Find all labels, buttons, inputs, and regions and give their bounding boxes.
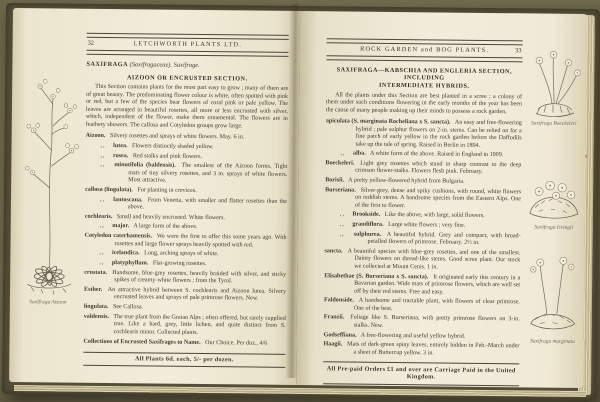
plant-description: Foliage like S. Burseriana, with pretty … <box>350 315 520 329</box>
plant-name: Brookside. <box>352 212 383 218</box>
ditto-mark: ,, <box>340 222 351 228</box>
plant-drawing-cushion <box>527 161 582 224</box>
plant-name: Faldonside. <box>324 297 357 303</box>
plant-description: A beautiful hybrid. Grey and compact, wi… <box>368 232 521 246</box>
plant-drawing-rosette-stems <box>525 251 582 338</box>
plant-name: alba. <box>353 151 369 157</box>
plant-description: Mats of dark-green spiny leaves, entirel… <box>347 342 519 356</box>
plant-entry: ,, lantoscana. From Venetia, with smalle… <box>85 196 287 213</box>
plant-name: sancta. <box>324 248 345 254</box>
plant-entry: ,, major. A large form of the above. <box>85 223 287 233</box>
illustration-caption: Saxifraga Aizoon <box>13 299 83 306</box>
plant-name: platyphyllum. <box>112 260 151 266</box>
page-number-right: 33 <box>515 47 521 55</box>
illustration-caption: Saxifraga Boeckeleri <box>526 120 582 127</box>
plant-entry: Burseriana. Silver-grey, dense and spiky… <box>325 187 521 212</box>
section-heading: AIZOON OR ENCRUSTED SECTION. <box>86 73 288 83</box>
plant-entry: crustata. Handsome, blue-grey rosettes, … <box>84 269 286 286</box>
plant-name: lantoscana. <box>113 197 145 203</box>
plant-name: Cotyledon caterhamensis. <box>85 233 156 240</box>
page-spread: Saxifraga Aizoon 32 LETCHWORTH PLANTS LT… <box>9 8 587 388</box>
plant-name: minutifolia (baldensis). <box>114 162 178 169</box>
plant-description: An attractive hybrid between S. cochlear… <box>108 287 286 302</box>
illustration-saxifraga-boeckeleri: Saxifraga Boeckeleri <box>526 41 583 127</box>
plant-name: icelandica. <box>112 250 143 256</box>
plant-entry: ,, Brookside. Like the above, with large… <box>325 212 521 222</box>
plant-description: Large white flowers ; very fine. <box>388 222 465 229</box>
genus-name: SAXIFRAGA <box>86 61 128 68</box>
plant-entry: Elisabethae (S. Burseriana x S. sancta).… <box>324 273 520 298</box>
plant-description: A large form of the above. <box>133 224 197 231</box>
plant-description: Silver-grey, dense and spiky cushions, w… <box>355 187 521 208</box>
illustration-saxifraga-irvingii: Saxifraga Irvingii <box>527 161 582 231</box>
ditto-mark: ,, <box>100 196 111 202</box>
plant-entry: Franzii. Foliage like S. Burseriana, wit… <box>324 315 520 332</box>
ditto-mark: ,, <box>99 250 110 256</box>
plant-entry-list: Aizoon. Silvery rosettes and sprays of w… <box>84 133 288 338</box>
plant-name: Godseffiana. <box>324 332 360 338</box>
plant-description: Light grey rosettes which stand in sharp… <box>355 161 521 176</box>
plant-description: A beautiful species with blue-grey roset… <box>348 248 521 270</box>
page-right: Saxifraga Boeckeleri <box>296 11 587 388</box>
ditto-mark: ,, <box>100 162 111 168</box>
plant-entry: ,, rosea. Red stalks and pink flowers. <box>85 152 287 162</box>
plant-name: Esther. <box>84 286 105 292</box>
ditto-mark: ,, <box>340 212 351 218</box>
plant-name: apiculata (S. marginata Rocheliana x S. … <box>326 118 454 125</box>
plant-entry: cochlearis. Small and heavily encrusted.… <box>85 213 287 223</box>
plant-description: See Callosa. <box>113 304 143 310</box>
ditto-mark: ,, <box>340 231 351 237</box>
running-title-left: LETCHWORTH PLANTS LTD. <box>133 40 242 48</box>
plant-entry: apiculata (S. marginata Rocheliana x S. … <box>326 118 522 150</box>
plant-name: Aizoon. <box>86 133 109 139</box>
plant-name: Elisabethae (S. Burseriana x S. sancta). <box>324 273 431 280</box>
plant-entry: ,, lutea. Flowers distinctly shaded yell… <box>86 143 288 153</box>
plant-name: Burseriana. <box>325 187 359 193</box>
plant-entry: Cotyledon caterhamensis. We were the fir… <box>84 233 286 250</box>
open-book: Saxifraga Aizoon 32 LETCHWORTH PLANTS LT… <box>4 1 594 399</box>
plant-entry: ,, grandiflora. Large white flowers ; ve… <box>325 221 521 231</box>
plant-drawing-tuft <box>526 41 583 120</box>
plant-description: A free-flowering and useful yellow hybri… <box>361 332 466 339</box>
illustration-saxifraga-aizoon: Saxifraga Aizoon <box>13 70 85 306</box>
collections-label: Collections of Encrusted Saxifrages to N… <box>83 339 203 346</box>
section-intro: All the plants under this Section are be… <box>326 92 522 117</box>
plant-entry: Godseffiana. A free-flowering and useful… <box>324 332 520 342</box>
plant-name: grandiflora. <box>352 222 386 228</box>
book-photograph: Saxifraga Aizoon 32 LETCHWORTH PLANTS LT… <box>0 0 600 402</box>
plant-description: The true plant from the Graian Alps ; of… <box>113 314 285 336</box>
plant-name: major. <box>112 223 132 229</box>
right-page-content: ROCK GARDEN and BOG PLANTS. 33 SAXIFRAGA… <box>323 38 523 386</box>
plant-entry: callosa (lingulata). For planting in cre… <box>85 187 287 197</box>
running-title-right: ROCK GARDEN and BOG PLANTS. <box>360 46 489 54</box>
plant-name: Franzii. <box>324 315 348 321</box>
plant-entry: Faldonside. A handsome and tractable pla… <box>324 297 520 314</box>
plant-name: cochlearis. <box>85 213 116 219</box>
plant-entry: Esther. An attractive hybrid between S. … <box>84 286 286 303</box>
section-intro: This Section contains plants for the mos… <box>86 84 288 131</box>
plant-description: Like the above, with large, solid flower… <box>385 212 485 219</box>
genus-heading: SAXIFRAGA (Saxifragaceae). Saxifrage. <box>86 61 288 71</box>
plant-name: callosa (lingulata). <box>85 187 136 194</box>
illustration-caption: Saxifraga marginata <box>524 338 580 345</box>
plant-description: Flowers distinctly shaded yellow. <box>132 143 214 150</box>
plant-description: Flat-growing rosettes. <box>153 260 207 267</box>
plant-entry: Haagii. Mats of dark-green spiny leaves,… <box>323 341 519 358</box>
price-footer-left: All Plants 6d. each, 5/- per dozen. <box>83 351 285 368</box>
ditto-mark: ,, <box>100 223 111 229</box>
plant-entry: ,, sulphurea. A beautiful hybrid. Grey a… <box>325 231 521 248</box>
collections-note: Collections of Encrusted Saxifrages to N… <box>83 339 285 349</box>
plant-description: From Venetia, with smaller and flatter r… <box>128 197 287 210</box>
plant-description: A white form of the above. Raised in Eng… <box>370 151 503 158</box>
plant-description: Silvery rosettes and sprays of white flo… <box>110 133 244 140</box>
ditto-mark: ,, <box>100 153 111 159</box>
plant-entry: ,, icelandica. Long, arching sprays of w… <box>84 250 286 260</box>
plant-entry: ,, platyphyllum. Flat-growing rosettes. <box>84 260 286 270</box>
plant-entry-list: apiculata (S. marginata Rocheliana x S. … <box>323 118 521 358</box>
running-head-right: ROCK GARDEN and BOG PLANTS. 33 <box>327 43 523 58</box>
plant-entry: Boeckeleri. Light grey rosettes which st… <box>325 160 521 177</box>
plant-entry: ,, minutifolia (baldensis). The smallest… <box>85 162 287 187</box>
plant-description: Red stalks and pink flowers. <box>133 153 202 160</box>
plant-description: A pretty yellow-flowered hybrid from Bul… <box>348 178 464 185</box>
plant-name: Borisii. <box>325 177 347 183</box>
plant-entry: Borisii. A pretty yellow-flowered hybrid… <box>325 177 521 187</box>
plant-description: Long, arching sprays of white. <box>144 251 219 258</box>
plant-name: Boeckeleri. <box>325 160 357 166</box>
illustration-saxifraga-marginata: Saxifraga marginata <box>524 251 581 345</box>
plant-name: rosea. <box>113 153 131 159</box>
plant-description: Small and heavily encrusted. White flowe… <box>117 214 225 221</box>
running-head-left: 32 LETCHWORTH PLANTS LTD. <box>87 37 289 52</box>
plant-name: sulphurea. <box>354 231 385 237</box>
plant-entry: Aizoon. Silvery rosettes and sprays of w… <box>86 133 288 143</box>
collections-price: Our Choice. Per doz., 4/6 <box>205 340 267 347</box>
left-page-content: 32 LETCHWORTH PLANTS LTD. SAXIFRAGA (Sax… <box>83 33 288 368</box>
section-heading-line2: INTERMEDIATE HYBRIDS. <box>326 81 522 91</box>
carriage-footer-right: All Pre-paid Orders £1 and over are Carr… <box>323 361 519 385</box>
plant-name: valdensis. <box>84 313 112 319</box>
plant-description: A handsome and tractable plant, with flo… <box>354 298 520 312</box>
plant-description: Handsome, blue-grey rosettes, heavily br… <box>112 270 286 285</box>
plant-entry: ,, alba. A white form of the above. Rais… <box>325 151 521 161</box>
plant-name: Haagii. <box>323 341 345 347</box>
ditto-mark: ,, <box>340 151 351 157</box>
plant-name: lutea. <box>113 143 130 149</box>
plant-entry: sancta. A beautiful species with blue-gr… <box>324 248 520 273</box>
page-number-left: 32 <box>88 40 94 48</box>
page-left: Saxifraga Aizoon 32 LETCHWORTH PLANTS LT… <box>9 8 300 385</box>
plant-description: For planting in crevices. <box>137 187 196 194</box>
ditto-mark: ,, <box>99 260 110 266</box>
family-name: (Saxifragaceae). <box>130 61 172 68</box>
plant-name: crustata. <box>84 269 110 275</box>
plant-name: lingulata. <box>84 304 112 310</box>
illustration-caption: Saxifraga Irvingii <box>527 224 581 231</box>
plant-drawing-spray <box>13 70 85 299</box>
plant-entry: lingulata. See Callosa. <box>84 304 286 314</box>
plant-entry: valdensis. The true plant from the Graia… <box>84 313 286 338</box>
ditto-mark: ,, <box>101 143 112 149</box>
common-name: Saxifrage. <box>174 62 200 69</box>
